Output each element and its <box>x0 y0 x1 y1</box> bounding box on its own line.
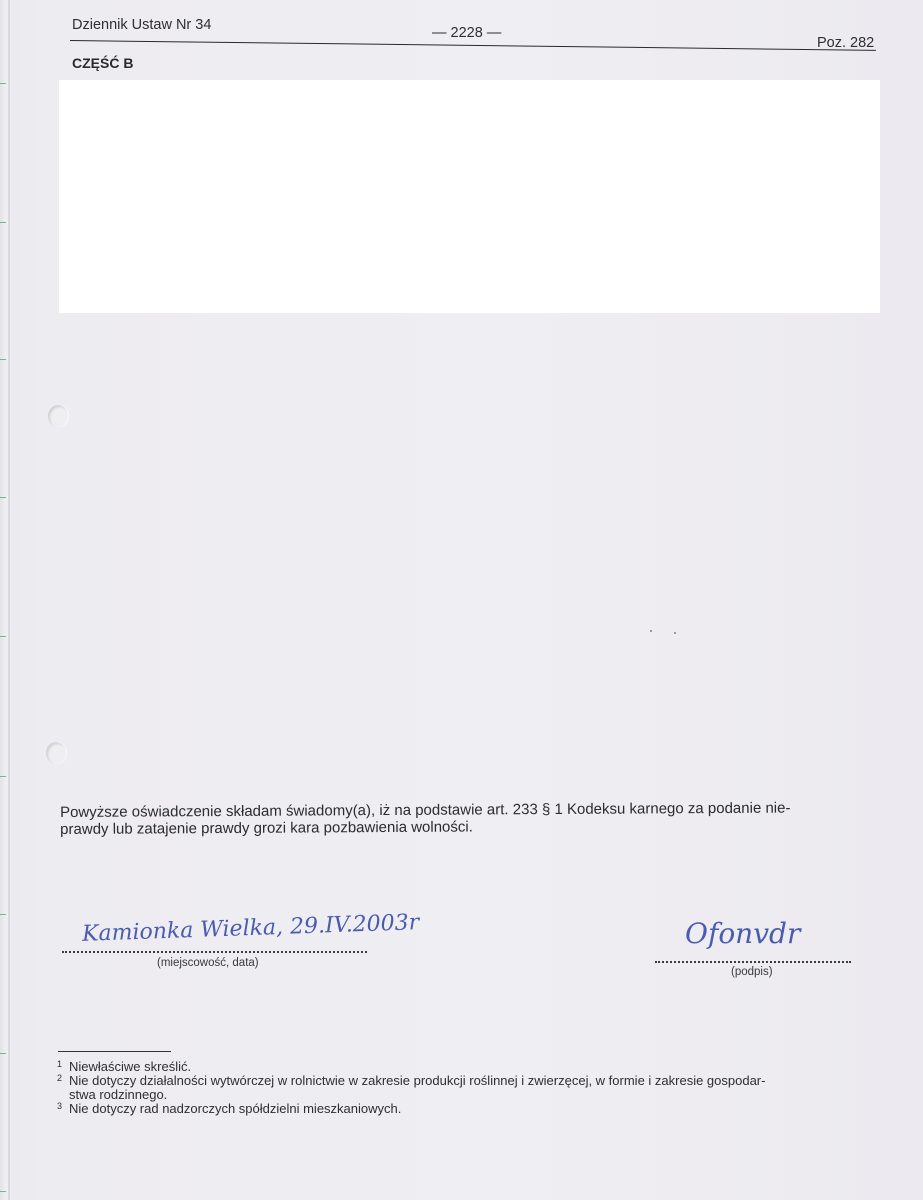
margin-tick <box>0 222 6 223</box>
footnote-text: Nie dotyczy rad nadzorczych spółdzielni … <box>69 1102 867 1116</box>
section-title: CZĘŚĆ B <box>72 55 133 71</box>
footnote-mark: 3 <box>57 1099 62 1113</box>
footnote-rule <box>58 1051 171 1052</box>
scan-speck <box>674 632 676 634</box>
statement-paragraph: Powyższe oświadczenie składam świadomy(a… <box>60 799 860 838</box>
statement-line: prawdy lub zatajenie prawdy grozi kara p… <box>60 816 860 838</box>
signature-line <box>655 961 851 963</box>
footnote-mark: 2 <box>57 1071 62 1085</box>
scan-speck <box>650 630 652 632</box>
place-date-line <box>62 951 367 953</box>
footnote-text: stwa rodzinnego. <box>69 1088 867 1102</box>
footnote-2: 2 Nie dotyczy działalności wytwórczej w … <box>57 1074 867 1102</box>
document-page: Dziennik Ustaw Nr 34 — 2228 — Poz. 282 C… <box>0 0 923 1200</box>
redacted-area <box>59 80 880 313</box>
footnote-1: 1 Niewłaściwe skreślić. <box>57 1060 867 1074</box>
margin-tick <box>0 636 6 637</box>
margin-tick <box>0 497 6 498</box>
signature-label: (podpis) <box>731 966 773 978</box>
footnote-3: 3 Nie dotyczy rad nadzorczych spółdzieln… <box>57 1102 867 1116</box>
footnote-mark: 1 <box>57 1057 62 1071</box>
margin-tick <box>0 776 6 777</box>
footnote-text: Niewłaściwe skreślić. <box>69 1060 867 1074</box>
punch-hole <box>46 742 66 764</box>
footnotes: 1 Niewłaściwe skreślić. 2 Nie dotyczy dz… <box>57 1060 867 1116</box>
margin-tick <box>0 83 6 84</box>
margin-tick <box>0 1191 6 1192</box>
place-date-label: (miejscowość, data) <box>157 957 259 969</box>
punch-hole <box>48 405 68 427</box>
page-number: — 2228 — <box>432 25 501 41</box>
footnote-text: Nie dotyczy działalności wytwórczej w ro… <box>69 1074 867 1088</box>
margin-tick <box>0 914 6 915</box>
margin-tick <box>0 1053 6 1054</box>
journal-title: Dziennik Ustaw Nr 34 <box>72 17 211 33</box>
place-date-handwriting: Kamionka Wielka, 29.IV.2003r <box>82 910 420 947</box>
scan-edge <box>8 0 10 1200</box>
margin-tick <box>0 359 6 360</box>
header-rule <box>70 40 876 51</box>
signature-handwriting: Ofonvdr <box>685 917 800 950</box>
